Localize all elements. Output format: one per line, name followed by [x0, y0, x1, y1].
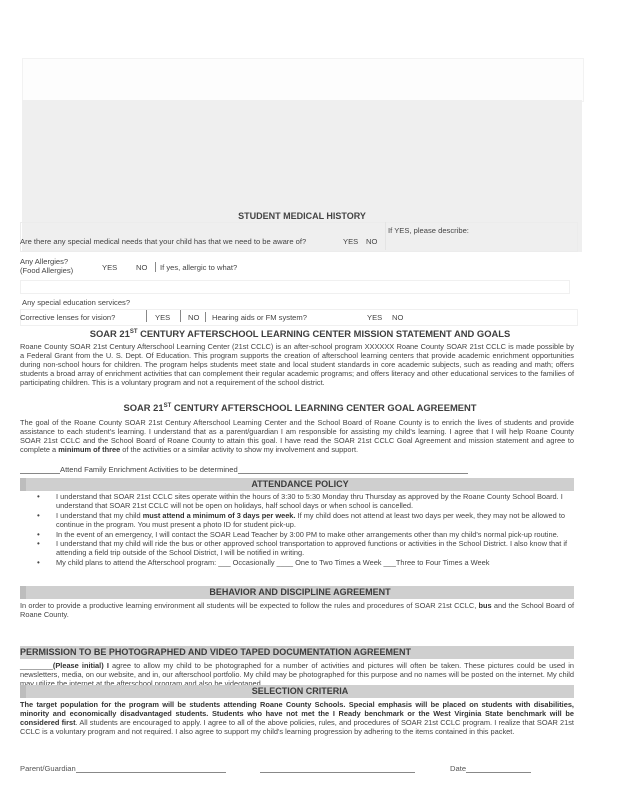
special-needs-no[interactable]: NO: [366, 237, 377, 246]
behavior-header: BEHAVIOR AND DISCIPLINE AGREEMENT: [20, 586, 574, 599]
blank-row: [20, 280, 570, 294]
parent-guardian-signature[interactable]: Parent/Guardian: [20, 764, 226, 773]
divider: [146, 310, 147, 322]
mission-title: SOAR 21ST CENTURY AFTERSCHOOL LEARNING C…: [20, 328, 580, 339]
attendance-frequency-item[interactable]: My child plans to attend the Afterschool…: [20, 558, 574, 567]
divider: [385, 222, 386, 250]
special-needs-describe-label: If YES, please describe:: [388, 226, 469, 235]
hearing-no[interactable]: NO: [392, 313, 403, 322]
attendance-item: I understand that my child must attend a…: [20, 511, 574, 529]
attendance-header: ATTENDANCE POLICY: [20, 478, 574, 491]
hearing-yes[interactable]: YES: [367, 313, 382, 322]
family-activities-line[interactable]: Attend Family Enrichment Activities to b…: [20, 465, 468, 474]
attendance-list: I understand that SOAR 21st CCLC sites o…: [20, 492, 574, 568]
allergies-label: Any Allergies? (Food Allergies): [20, 258, 73, 275]
divider: [180, 310, 181, 322]
medical-history-title: STUDENT MEDICAL HISTORY: [22, 211, 582, 221]
lenses-yes[interactable]: YES: [155, 313, 170, 322]
allergies-no[interactable]: NO: [136, 263, 147, 272]
redacted-header-area: [22, 58, 584, 102]
selection-criteria-body: The target population for the program wi…: [20, 700, 574, 736]
allergic-to-what-label: If yes, allergic to what?: [160, 263, 237, 272]
special-needs-yes[interactable]: YES: [343, 237, 358, 246]
special-education-label: Any special education services?: [22, 298, 130, 307]
special-needs-question: Are there any special medical needs that…: [20, 237, 306, 246]
allergies-label-line-2: (Food Allergies): [20, 267, 73, 276]
hearing-aids-label: Hearing aids or FM system?: [212, 313, 307, 322]
attendance-item: In the event of an emergency, I will con…: [20, 530, 574, 539]
second-signature-line[interactable]: [260, 764, 415, 773]
lenses-no[interactable]: NO: [188, 313, 199, 322]
date-field[interactable]: Date: [450, 764, 531, 773]
selection-criteria-header: SELECTION CRITERIA: [20, 685, 574, 698]
attendance-item: I understand that my child will ride the…: [20, 539, 574, 557]
photo-permission-header: PERMISSION TO BE PHOTOGRAPHED AND VIDEO …: [20, 646, 574, 659]
allergies-yes[interactable]: YES: [102, 263, 117, 272]
goal-agreement-body: The goal of the Roane County SOAR 21st C…: [20, 418, 574, 454]
corrective-lenses-label: Corrective lenses for vision?: [20, 313, 115, 322]
behavior-body: In order to provide a productive learnin…: [20, 601, 574, 619]
divider: [155, 262, 156, 272]
attendance-item: I understand that SOAR 21st CCLC sites o…: [20, 492, 574, 510]
goal-agreement-title: SOAR 21ST CENTURY AFTERSCHOOL LEARNING C…: [20, 402, 580, 413]
mission-body: Roane County SOAR 21st Century Afterscho…: [20, 342, 574, 387]
initial-blank[interactable]: ________: [20, 661, 53, 670]
divider: [205, 312, 206, 322]
